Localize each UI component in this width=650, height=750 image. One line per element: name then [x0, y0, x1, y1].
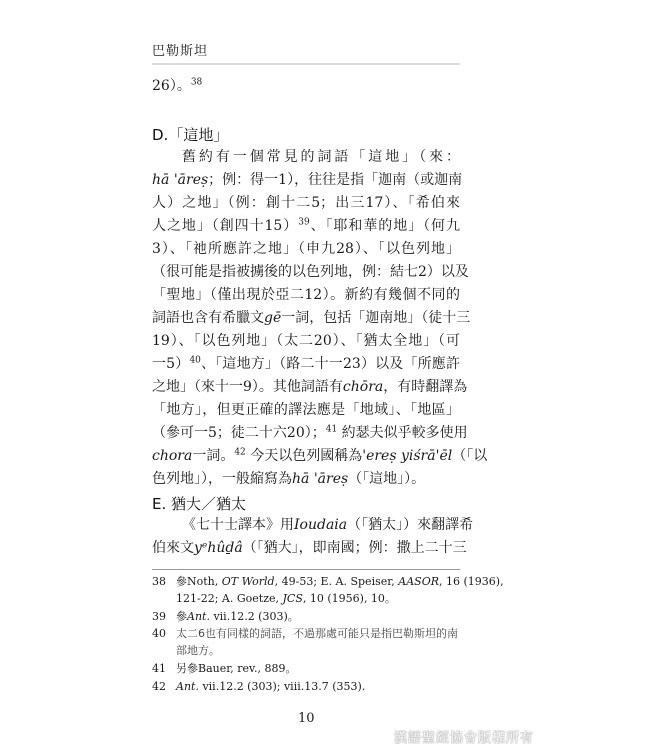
- paragraph-line: 人）之地」（例：創十二5；出三17）、「希伯來: [152, 193, 460, 213]
- footnote-41: 41另參Bauer, rev., 889。: [152, 661, 460, 677]
- footnote-40-cont: 部地方。: [176, 643, 220, 659]
- paragraph-line: 一5）40、「這地方」（路二十一23）以及「所應許: [152, 354, 460, 374]
- paragraph-line: 之地」（來十一9）。其他詞語有chōra，有時翻譯為: [152, 377, 460, 397]
- footnote-ref-38[interactable]: 38: [191, 77, 202, 87]
- paragraph-line: 3）、「祂所應許之地」（申九28）、「以色列地」: [152, 239, 460, 259]
- section-heading-e: E. 猶大／猶太: [152, 493, 246, 514]
- page-number: 10: [298, 711, 315, 726]
- footnote-38: 38參Noth, OT World, 49-53; E. A. Speiser,…: [152, 574, 460, 590]
- footnote-39: 39參Ant. vii.12.2 (303)。: [152, 609, 460, 625]
- paragraph-line: 伯來文yᵉhûḏâ（「猶大」，即南國；例：撒上二十三: [152, 538, 460, 558]
- paragraph-line: （參可一5；徒二十六20）；41 約瑟夫似乎較多使用: [152, 423, 460, 443]
- footnote-42: 42Ant. vii.12.2 (303); viii.13.7 (353).: [152, 679, 460, 695]
- copyright-watermark: 漢語聖經協會版權所有: [394, 727, 534, 746]
- paragraph-line: 《七十士譯本》用Ioudaia（「猶太」）來翻譯希: [182, 515, 460, 535]
- header-rule: [152, 63, 460, 65]
- paragraph-line: 「聖地」（僅出現於亞二12）。新約有幾個不同的: [152, 285, 460, 305]
- paragraph-line: 詞語也含有希臘文gē一詞，包括「迦南地」（徒十三: [152, 308, 460, 328]
- footnote-rule: [152, 569, 460, 570]
- paragraph-line: chora一詞。42 今天以色列國稱為'ereṣ yiśrā'ēl（「以: [152, 446, 460, 466]
- running-head: 巴勒斯坦: [152, 40, 208, 59]
- footnote-38-cont: 121-22; A. Goetze, JCS, 10 (1956), 10。: [176, 591, 396, 607]
- paragraph-line: 「地方」，但更正確的譯法應是「地域」、「地區」: [152, 400, 460, 420]
- paragraph-line: （很可能是指被擄後的以色列地，例：結七2）以及: [152, 262, 460, 282]
- book-page: 巴勒斯坦 26）。38 D.「這地」 舊約有一個常見的詞語「這地」（來： hā …: [0, 0, 650, 750]
- footnote-ref-40[interactable]: 40: [189, 355, 200, 365]
- footnote-40: 40太二6也有同樣的詞語，不過那處可能只是指巴勒斯坦的南: [152, 626, 460, 642]
- footnote-ref-41[interactable]: 41: [326, 424, 337, 434]
- section-heading-d: D.「這地」: [152, 124, 228, 145]
- paragraph-line: hā 'āreṣ；例：得一1），往往是指「迦南（或迦南: [152, 170, 460, 190]
- footnote-ref-39[interactable]: 39: [298, 217, 309, 227]
- paragraph-line: 舊約有一個常見的詞語「這地」（來：: [182, 147, 460, 167]
- paragraph-line: 色列地」），一般縮寫為hā 'āreṣ（「這地」）。: [152, 469, 460, 489]
- paragraph-line: 19）、「以色列地」（太二20）、「猶太全地」（可: [152, 331, 460, 351]
- paragraph-line: 人之地」（創四十15）39、「耶和華的地」（何九: [152, 216, 460, 236]
- footnote-ref-42[interactable]: 42: [234, 447, 245, 457]
- carryover-line: 26）。38: [152, 76, 460, 96]
